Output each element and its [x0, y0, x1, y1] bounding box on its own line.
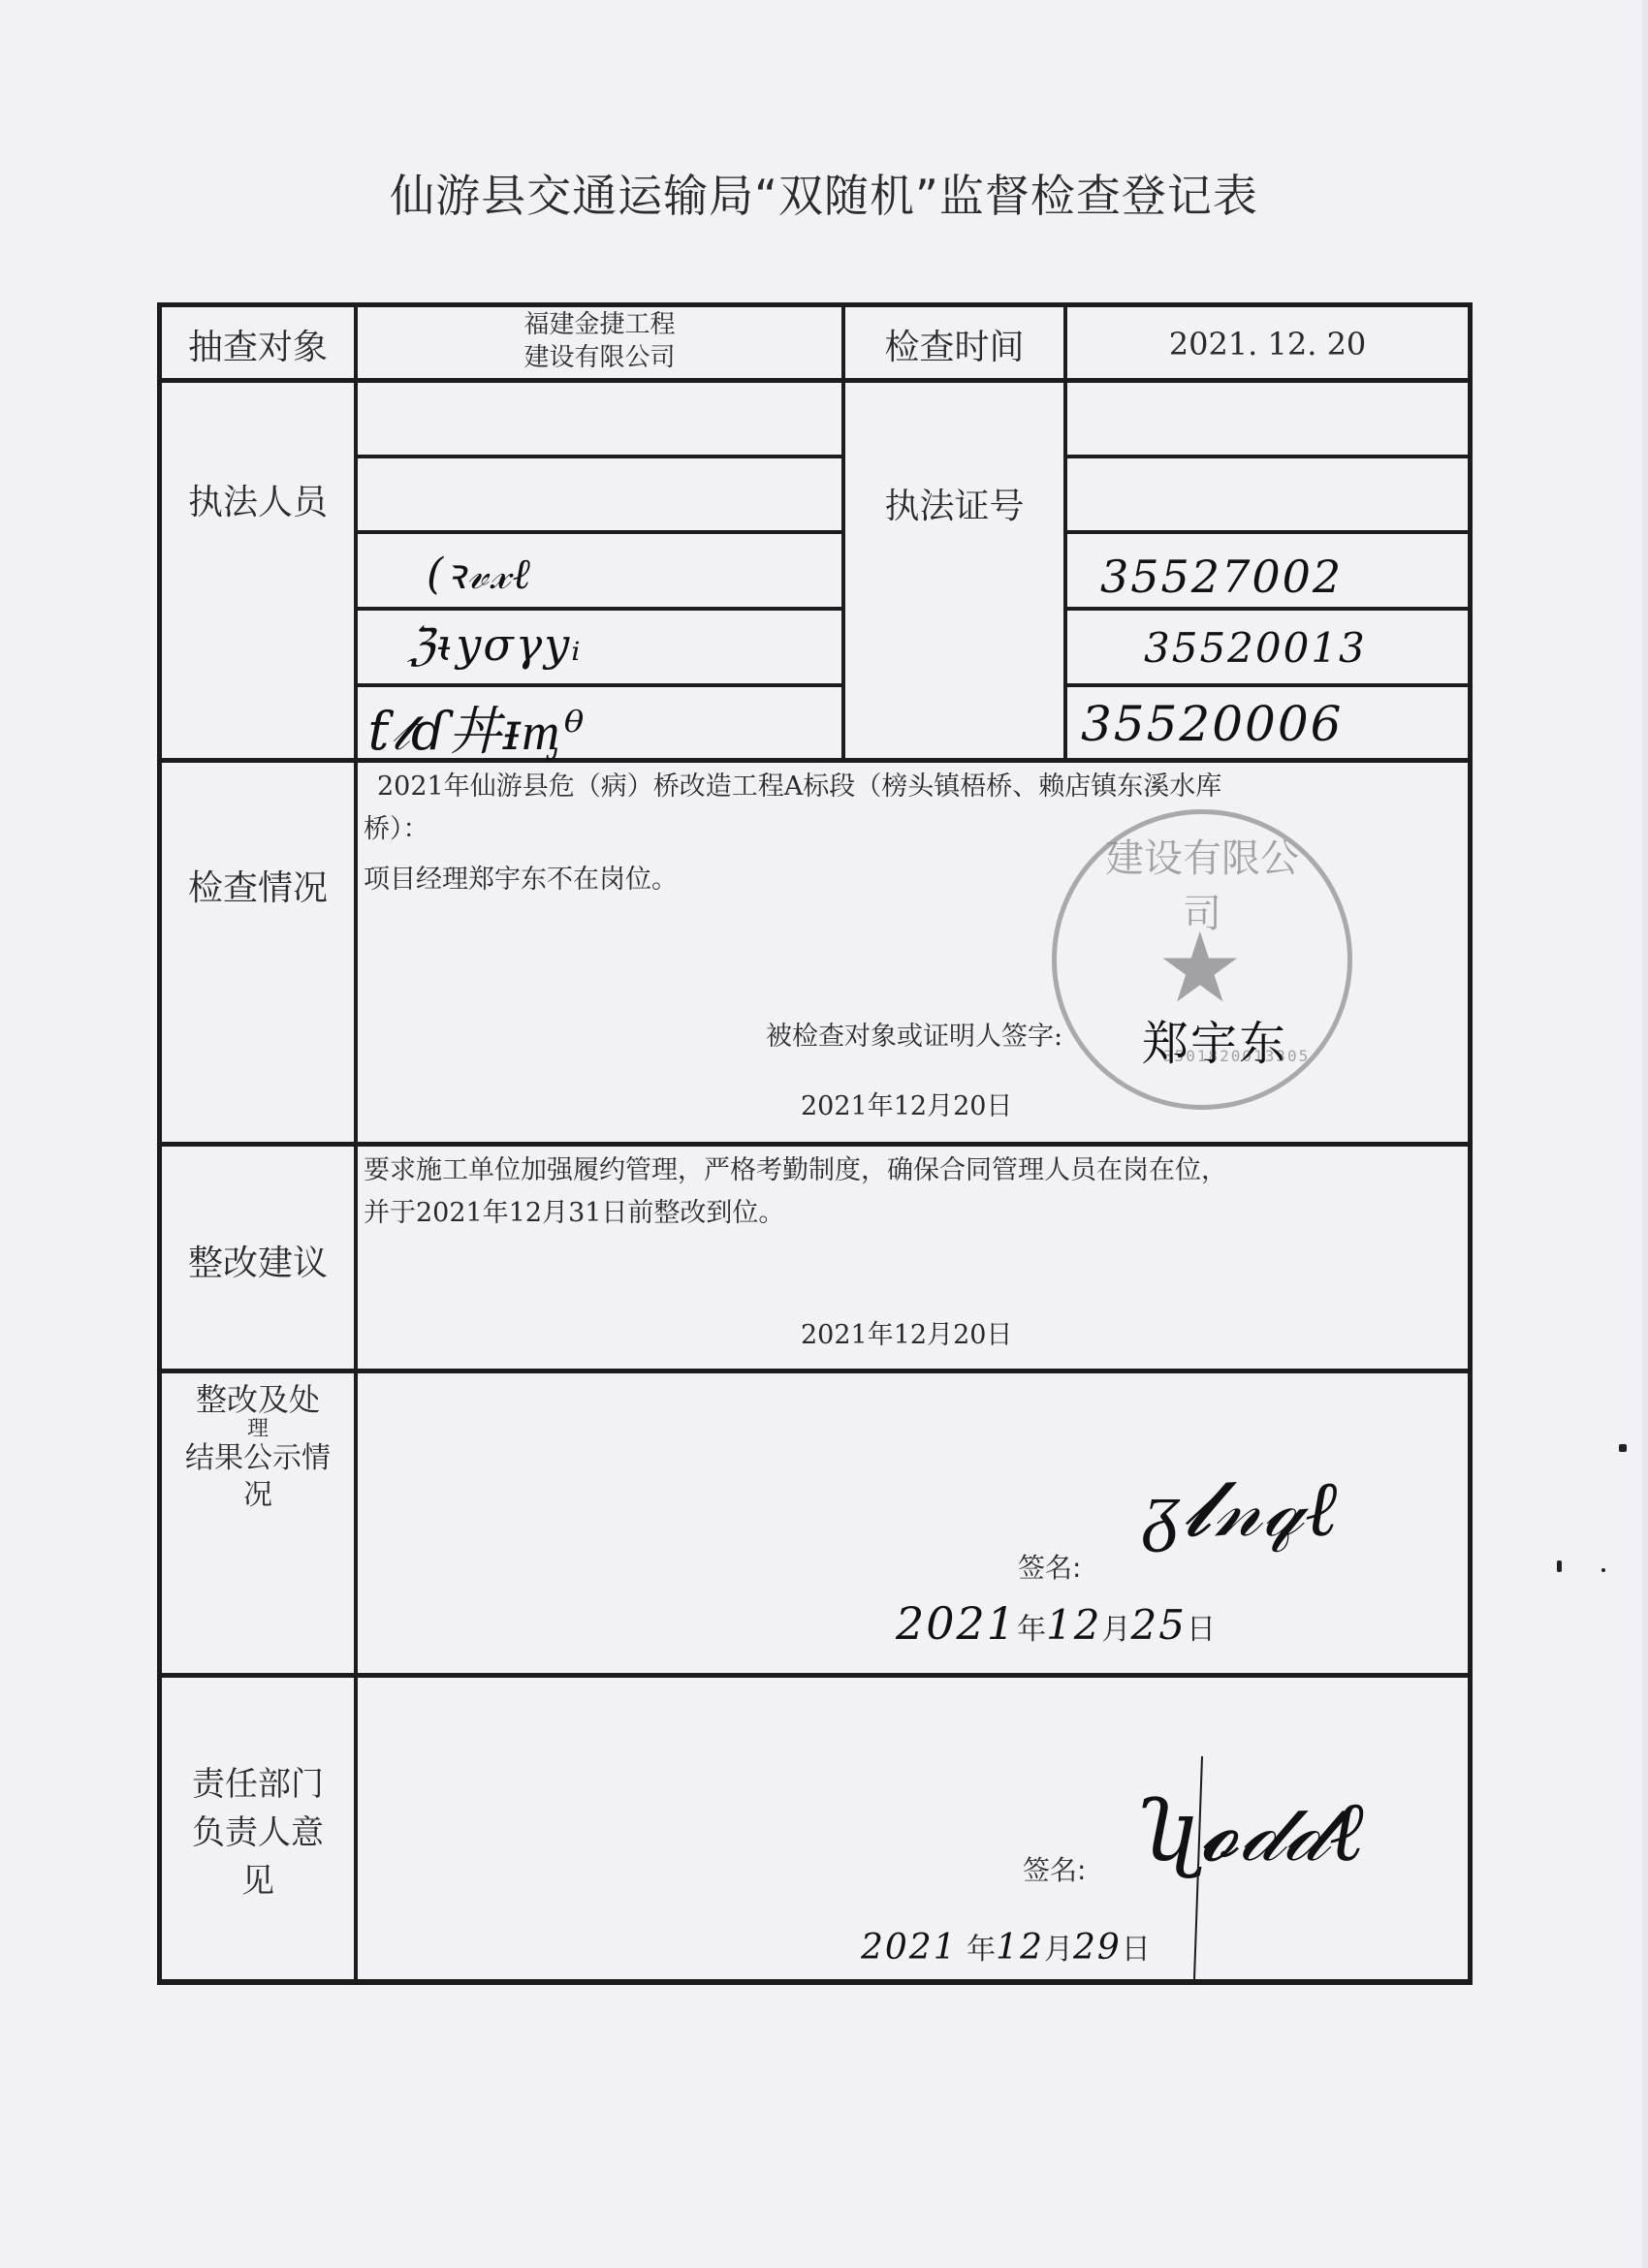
- cert-number-4: 35520013: [1144, 624, 1367, 672]
- department-label: 责任部门 负责人意 见: [162, 1760, 354, 1906]
- officers-label: 执法人员: [162, 475, 354, 524]
- subject-value: 福建金捷工程 建设有限公司: [358, 308, 841, 374]
- result-date: 2021年12月25日: [896, 1597, 1216, 1650]
- rectification-content: 要求施工单位加强履约管理，严格考勤制度，确保合同管理人员在岗在位， 并于2021…: [364, 1150, 1464, 1235]
- department-date: 2021 年12月29日: [861, 1925, 1151, 1968]
- department-signature: ʯ𝓸𝒹𝒹ℓ: [1134, 1783, 1366, 1882]
- subject-value-line1: 福建金捷工程: [358, 308, 841, 341]
- rectification-line1: 要求施工单位加强履约管理，严格考勤制度，确保合同管理人员在岗在位，: [364, 1150, 1464, 1192]
- rectification-line2: 并于2021年12月31日前整改到位。: [364, 1192, 1464, 1235]
- inspection-date: 2021年12月20日: [801, 1086, 1012, 1128]
- cert-number-3: 35527002: [1100, 551, 1343, 603]
- inspection-time-label: 检查时间: [845, 320, 1063, 369]
- signer-signature: 郑宇东: [1142, 1006, 1287, 1073]
- subject-value-line2: 建设有限公司: [358, 341, 841, 374]
- result-label: 整改及处 理 结果公示情 况: [162, 1380, 354, 1514]
- scan-speck: [1619, 1444, 1627, 1452]
- cert-number-label: 执法证号: [845, 479, 1063, 528]
- inspection-label: 检查情况: [162, 861, 354, 910]
- cert-number-5: 35520006: [1081, 696, 1344, 752]
- rectification-label: 整改建议: [162, 1236, 354, 1285]
- officer-signature-1: (ꝛ𝓋𝓍ℓ: [427, 543, 532, 601]
- rectification-date: 2021年12月20日: [801, 1314, 1012, 1357]
- scan-speck: [1601, 1568, 1605, 1572]
- department-sign-label: 签名:: [1023, 1849, 1086, 1888]
- signer-label: 被检查对象或证明人签字:: [766, 1016, 1062, 1058]
- inspection-line1: 2021年仙游县危（病）桥改造工程A标段（榜头镇梧桥、赖店镇东溪水库: [364, 766, 1464, 808]
- result-sign-label: 签名:: [1018, 1547, 1081, 1586]
- officer-signature-2: ℨᵼyσγyᵢ: [407, 618, 583, 671]
- inspection-time-value: 2021. 12. 20: [1067, 326, 1468, 362]
- officer-signature-3: ƭ𝓉ɗ丼ᵻᶆᶿ: [368, 690, 588, 765]
- scan-speck: [1557, 1560, 1562, 1572]
- result-signature: ᵹ𝓵𝓃𝓆ℓ: [1144, 1464, 1339, 1555]
- subject-label: 抽查对象: [162, 320, 354, 369]
